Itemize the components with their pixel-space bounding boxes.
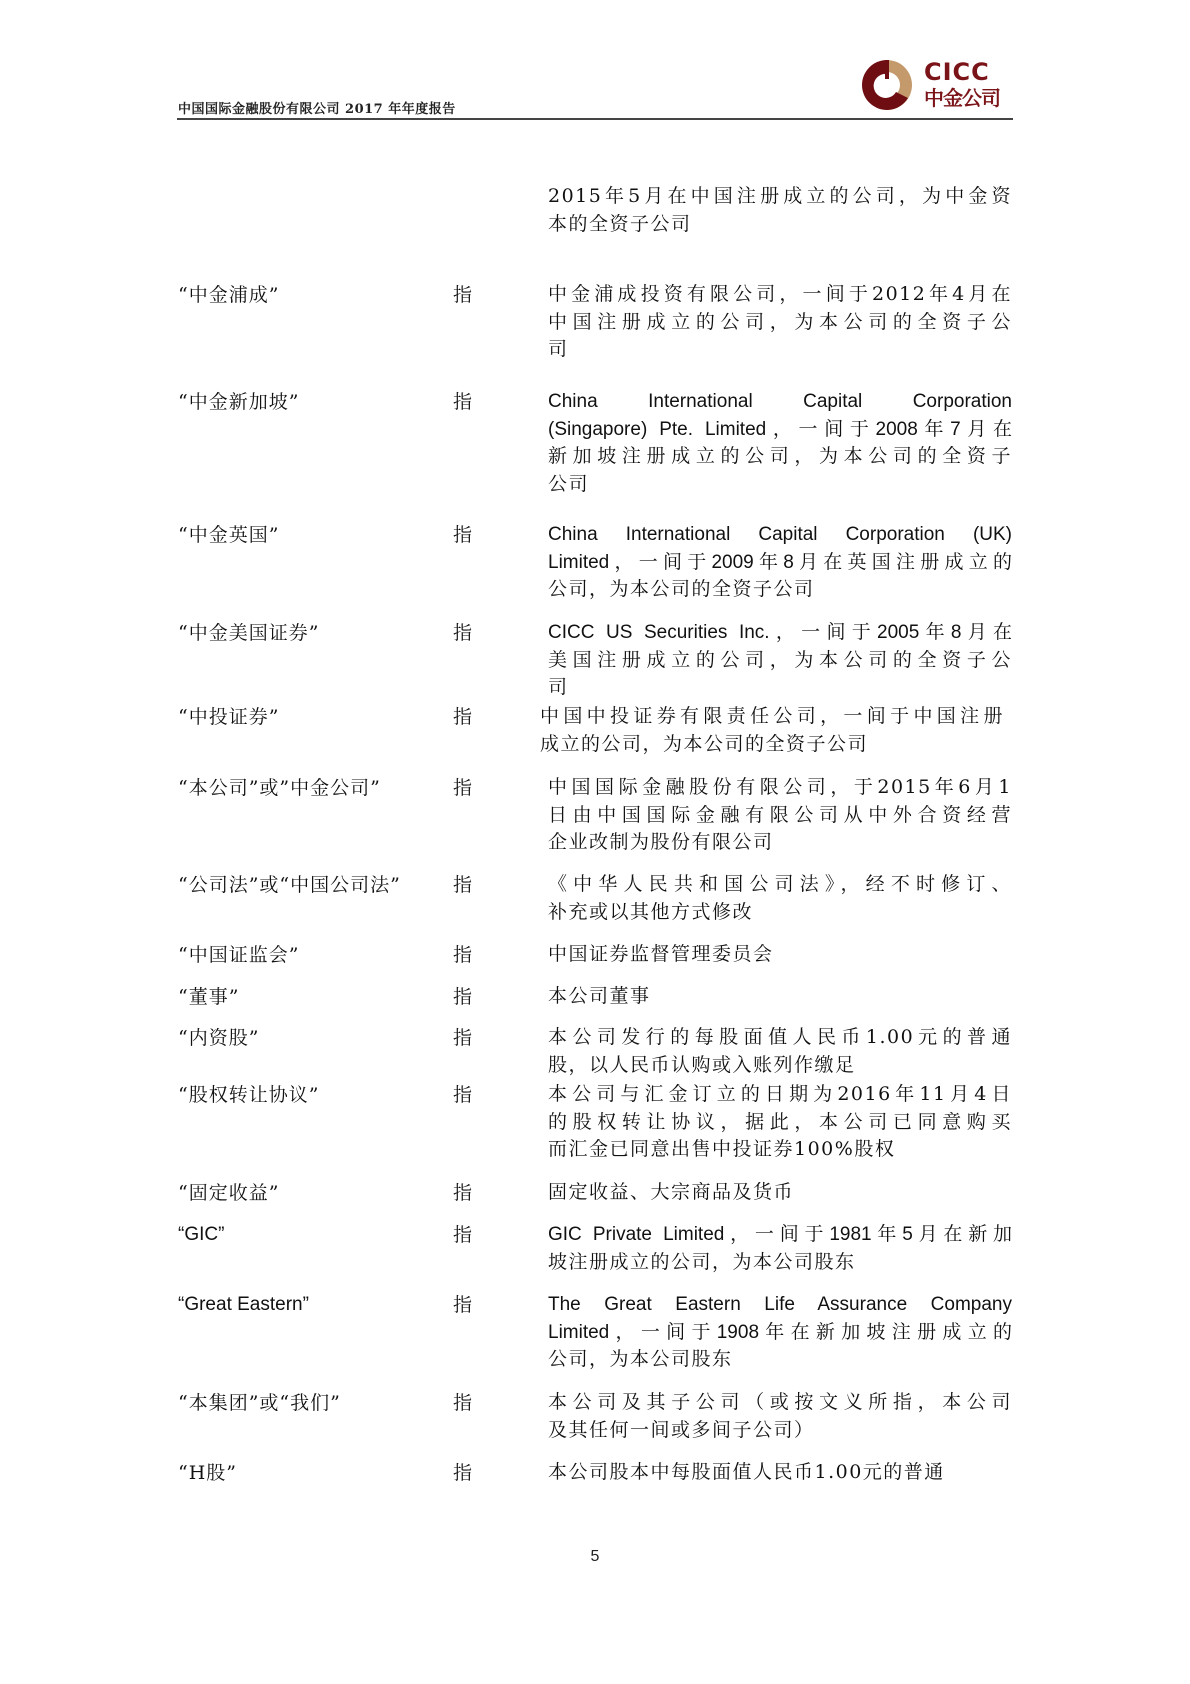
means-label: 指 xyxy=(453,1389,472,1417)
definition-line: 中国注册成立的公司，为本公司的全资子公 xyxy=(548,309,1012,337)
definition-text: 中国证券监督管理委员会 xyxy=(548,941,1012,969)
definition-line: 固定收益、大宗商品及货币 xyxy=(548,1179,1012,1207)
definition-line: 2015年5月在中国注册成立的公司，为中金资 xyxy=(548,183,1012,211)
definition-text: 中金浦成投资有限公司，一间于2012年4月在中国注册成立的公司，为本公司的全资子… xyxy=(548,281,1012,364)
definition-line: 及其任何一间或多间子公司） xyxy=(548,1417,1012,1445)
definition-line: 本公司与汇金订立的日期为2016年11月4日 xyxy=(548,1081,1012,1109)
definition-line: 本公司及其子公司（或按文义所指，本公司 xyxy=(548,1389,1012,1417)
means-label: 指 xyxy=(453,1179,472,1207)
definition-text: China International Capital Corporation(… xyxy=(548,388,1012,498)
definition-text: 本公司股本中每股面值人民币1.00元的普通 xyxy=(548,1459,1012,1487)
means-label: 指 xyxy=(453,619,472,647)
definition-line: The Great Eastern Life Assurance Company xyxy=(548,1291,1012,1319)
definition-term: “中金新加坡” xyxy=(178,388,299,416)
definition-line: China International Capital Corporation xyxy=(548,388,1012,416)
definition-term: “中金浦成” xyxy=(178,281,279,309)
definition-line: 公司，为本公司的全资子公司 xyxy=(548,576,1012,604)
means-label: 指 xyxy=(453,871,472,899)
definition-line: 而汇金已同意出售中投证券100%股权 xyxy=(548,1136,1012,1164)
means-label: 指 xyxy=(453,703,472,731)
definition-line: Limited，一间于1908年在新加坡注册成立的 xyxy=(548,1319,1012,1347)
definition-line: 《中华人民共和国公司法》，经不时修订、 xyxy=(548,871,1012,899)
means-label: 指 xyxy=(453,1081,472,1109)
definition-line: CICC US Securities Inc.，一间于2005年8月在 xyxy=(548,619,1012,647)
definition-line: 的股权转让协议，据此，本公司已同意购买 xyxy=(548,1109,1012,1137)
definition-line: 司 xyxy=(548,336,1012,364)
definition-line: 本公司发行的每股面值人民币1.00元的普通 xyxy=(548,1024,1012,1052)
definition-line: 司 xyxy=(548,674,1012,702)
definition-line: 中金浦成投资有限公司，一间于2012年4月在 xyxy=(548,281,1012,309)
definition-line: 股，以人民币认购或入账列作缴足 xyxy=(548,1052,1012,1080)
definition-text: 《中华人民共和国公司法》，经不时修订、补充或以其他方式修改 xyxy=(548,871,1012,926)
definition-term: “本集团”或“我们” xyxy=(178,1389,341,1417)
definition-text: 固定收益、大宗商品及货币 xyxy=(548,1179,1012,1207)
definition-line: 本公司股本中每股面值人民币1.00元的普通 xyxy=(548,1459,1012,1487)
logo-text-cn: 中金公司 xyxy=(924,86,1000,110)
means-label: 指 xyxy=(453,983,472,1011)
definition-text: China International Capital Corporation … xyxy=(548,521,1012,604)
definition-line: 新加坡注册成立的公司，为本公司的全资子 xyxy=(548,443,1012,471)
definition-line: 企业改制为股份有限公司 xyxy=(548,829,1012,857)
definition-text: 本公司及其子公司（或按文义所指，本公司及其任何一间或多间子公司） xyxy=(548,1389,1012,1444)
definition-line: 本公司董事 xyxy=(548,983,1012,1011)
header-divider xyxy=(177,118,1013,120)
definition-term: “固定收益” xyxy=(178,1179,279,1207)
definition-line: GIC Private Limited，一间于1981年5月在新加 xyxy=(548,1221,1012,1249)
definition-term: “GIC” xyxy=(178,1221,224,1249)
definition-term: “H股” xyxy=(178,1459,237,1487)
definition-term: “中投证券” xyxy=(178,703,279,731)
definition-line: 中国国际金融股份有限公司，于2015年6月1 xyxy=(548,774,1012,802)
cicc-logo: CICC 中金公司 xyxy=(860,58,1015,114)
definition-line: 中国中投证券有限责任公司，一间于中国注册 xyxy=(540,703,1004,731)
definition-text: CICC US Securities Inc.，一间于2005年8月在美国注册成… xyxy=(548,619,1012,702)
definition-term: “中国证监会” xyxy=(178,941,299,969)
means-label: 指 xyxy=(453,1024,472,1052)
means-label: 指 xyxy=(453,941,472,969)
definition-line: 公司，为本公司股东 xyxy=(548,1346,1012,1374)
means-label: 指 xyxy=(453,388,472,416)
definition-line: 坡注册成立的公司，为本公司股东 xyxy=(548,1249,1012,1277)
logo-text-en: CICC xyxy=(924,60,990,84)
definition-text: GIC Private Limited，一间于1981年5月在新加坡注册成立的公… xyxy=(548,1221,1012,1276)
definition-line: 补充或以其他方式修改 xyxy=(548,899,1012,927)
definition-line: Limited，一间于2009年8月在英国注册成立的 xyxy=(548,549,1012,577)
means-label: 指 xyxy=(453,774,472,802)
means-label: 指 xyxy=(453,521,472,549)
definition-term: “本公司”或”中金公司” xyxy=(178,774,381,802)
definition-term: “公司法”或“中国公司法” xyxy=(178,871,401,899)
definition-text: 中国中投证券有限责任公司，一间于中国注册成立的公司，为本公司的全资子公司 xyxy=(540,703,1004,758)
definition-text: 本公司董事 xyxy=(548,983,1012,1011)
definition-term: “Great Eastern” xyxy=(178,1291,309,1319)
means-label: 指 xyxy=(453,1291,472,1319)
means-label: 指 xyxy=(453,281,472,309)
report-title: 中国国际金融股份有限公司 2017 年年度报告 xyxy=(178,98,456,117)
definition-text: 本公司与汇金订立的日期为2016年11月4日的股权转让协议，据此，本公司已同意购… xyxy=(548,1081,1012,1164)
definition-line: China International Capital Corporation … xyxy=(548,521,1012,549)
definition-term: “中金美国证券” xyxy=(178,619,319,647)
means-label: 指 xyxy=(453,1221,472,1249)
cicc-logo-mark-icon xyxy=(860,58,914,112)
definition-term: “中金英国” xyxy=(178,521,279,549)
definition-line: 本的全资子公司 xyxy=(548,211,1012,239)
definition-text: 中国国际金融股份有限公司，于2015年6月1日由中国国际金融有限公司从中外合资经… xyxy=(548,774,1012,857)
definition-text: The Great Eastern Life Assurance Company… xyxy=(548,1291,1012,1374)
definition-line: 日由中国国际金融有限公司从中外合资经营 xyxy=(548,802,1012,830)
definition-term: “内资股” xyxy=(178,1024,259,1052)
definition-line: 公司 xyxy=(548,471,1012,499)
definition-line: (Singapore) Pte. Limited，一间于2008年7月在 xyxy=(548,416,1012,444)
page-number: 5 xyxy=(0,1548,1190,1566)
definition-text: 2015年5月在中国注册成立的公司，为中金资本的全资子公司 xyxy=(548,183,1012,238)
definition-term: “股权转让协议” xyxy=(178,1081,319,1109)
definition-term: “董事” xyxy=(178,983,239,1011)
definition-line: 中国证券监督管理委员会 xyxy=(548,941,1012,969)
definition-line: 美国注册成立的公司，为本公司的全资子公 xyxy=(548,647,1012,675)
definition-text: 本公司发行的每股面值人民币1.00元的普通股，以人民币认购或入账列作缴足 xyxy=(548,1024,1012,1079)
means-label: 指 xyxy=(453,1459,472,1487)
definition-line: 成立的公司，为本公司的全资子公司 xyxy=(540,731,1004,759)
